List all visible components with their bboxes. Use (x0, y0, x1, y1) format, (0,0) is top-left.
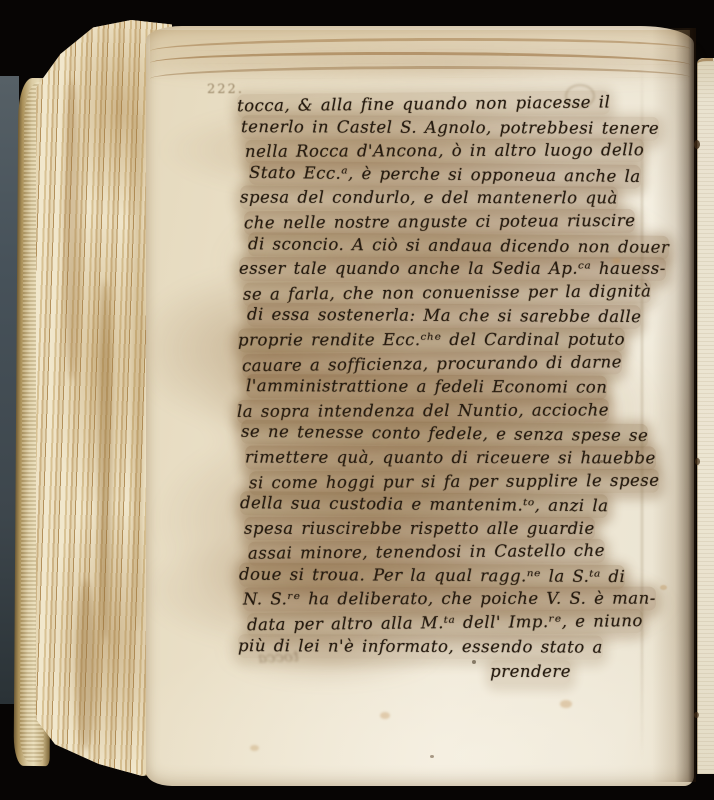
manuscript-line-text: assai minore, tenendosi in Castello che (248, 539, 605, 566)
manuscript-line: tocca, & alla fine quando non piacesse i… (237, 90, 665, 118)
foxing-spot (430, 755, 434, 758)
manuscript-line-text: spesa riuscirebbe rispetto alle guardie (244, 517, 595, 541)
manuscript-photograph: 222. tocca, & alla fine quando non piace… (0, 0, 714, 800)
manuscript-line-text: doue si troua. Per la qual ragg.ⁿᵉ la S.… (239, 563, 625, 589)
catchword-line: prendere (243, 660, 671, 684)
manuscript-line: N. S.ʳᵉ ha deliberato, che poiche V. S. … (243, 587, 671, 611)
foxing-spot (380, 712, 390, 719)
foxing-spot (660, 585, 667, 590)
edge-stain-streak (132, 110, 144, 630)
manuscript-line-text: proprie rendite Ecc.ᶜʰᵉ del Cardinal pot… (238, 328, 625, 352)
manuscript-line-text: rimettere quà, quanto di riceuere si hau… (245, 445, 656, 469)
gutter-dark-spot (695, 458, 700, 465)
foxing-spot (600, 460, 603, 463)
manuscript-line: esser tale quando anche la Sedia Ap.ᶜᵃ h… (239, 257, 667, 281)
manuscript-line: spesa del condurlo, e del mantenerlo quà (240, 186, 668, 210)
manuscript-lines: tocca, & alla fine quando non piacesse i… (243, 92, 671, 658)
manuscript-line: l'amministrattione a fedeli Economi con (246, 374, 674, 399)
manuscript-line: si come hoggi pur si fa per supplire le … (249, 468, 677, 494)
foxing-spot (540, 320, 543, 323)
manuscript-line-text: nella Rocca d'Ancona, ò in altro luogo d… (245, 138, 644, 163)
manuscript-line: se ne tenesse conto fedele, e senza spes… (241, 420, 669, 448)
manuscript-line-text: di sconcio. A ciò si andaua dicendo non … (248, 232, 670, 259)
manuscript-line: se a farla, che non conuenisse per la di… (243, 279, 671, 306)
manuscript-line: più di lei n'è informato, essendo stato … (238, 634, 666, 659)
manuscript-line-text: N. S.ʳᵉ ha deliberato, che poiche V. S. … (243, 587, 656, 611)
gutter-shadow (652, 28, 696, 782)
manuscript-line: assai minore, tenendosi in Castello che (248, 538, 676, 565)
manuscript-line-text: spesa del condurlo, e del mantenerlo quà (240, 186, 618, 210)
manuscript-line: doue si troua. Per la qual ragg.ⁿᵉ la S.… (239, 563, 667, 589)
foxing-spot (250, 745, 259, 751)
edge-stain-streak (64, 80, 80, 380)
manuscript-line-text: esser tale quando anche la Sedia Ap.ᶜᵃ h… (239, 257, 666, 281)
manuscript-line-text: data per altro alla M.ᵗᵃ dell' Imp.ʳᵉ, e… (247, 609, 643, 637)
edge-stain-streak (76, 580, 96, 750)
manuscript-line: spesa riuscirebbe rispetto alle guardie (244, 517, 672, 541)
gutter-dark-spot (694, 140, 700, 149)
manuscript-line: nella Rocca d'Ancona, ò in altro luogo d… (245, 138, 673, 163)
foxing-spot (612, 258, 621, 264)
manuscript-line: proprie rendite Ecc.ᶜʰᵉ del Cardinal pot… (238, 327, 666, 351)
handwritten-text-block: tocca, & alla fine quando non piacesse i… (243, 92, 671, 712)
catchword-text: prendere (490, 660, 571, 684)
foxing-spot (560, 700, 572, 708)
manuscript-line-text: cauare a sofficienza, procurando di darn… (242, 350, 622, 378)
manuscript-line-text: di essa sostenerla: Ma che si sarebbe da… (247, 303, 642, 329)
manuscript-line: tenerlo in Castel S. Agnolo, potrebbesi … (241, 115, 669, 140)
manuscript-line: di sconcio. A ciò si andaua dicendo non … (248, 232, 676, 259)
manuscript-line: rimettere quà, quanto di riceuere si hau… (245, 445, 673, 469)
manuscript-line-text: che nelle nostre anguste ci poteua riusc… (244, 209, 636, 235)
edge-stain-streak (98, 280, 112, 640)
manuscript-line: cauare a sofficienza, procurando di darn… (242, 349, 670, 377)
gutter-dark-spot (694, 712, 699, 718)
manuscript-line: della sua custodia e mantenim.ᵗᵒ, anzi l… (240, 491, 668, 518)
manuscript-line-text: se ne tenesse conto fedele, e senza spes… (241, 420, 649, 448)
manuscript-line: che nelle nostre anguste ci poteua riusc… (244, 209, 672, 235)
foxing-spot (472, 660, 476, 664)
facing-page-sliver (697, 58, 714, 774)
manuscript-line: data per altro alla M.ᵗᵃ dell' Imp.ʳᵉ, e… (247, 609, 675, 637)
manuscript-line-text: tocca, & alla fine quando non piacesse i… (237, 90, 611, 118)
manuscript-line-text: l'amministrattione a fedeli Economi con (246, 374, 607, 399)
manuscript-line-text: tenerlo in Castel S. Agnolo, potrebbesi … (241, 115, 659, 140)
manuscript-line: Stato Ecc.ᵃ, è perche si opponeua anche … (249, 161, 677, 189)
page-crease (641, 60, 643, 760)
manuscript-line: di essa sostenerla: Ma che si sarebbe da… (247, 303, 675, 329)
manuscript-line-text: Stato Ecc.ᵃ, è perche si opponeua anche … (249, 161, 641, 189)
manuscript-line-text: della sua custodia e mantenim.ᵗᵒ, anzi l… (240, 491, 609, 518)
ghost-showthrough-word: tocca (258, 647, 299, 666)
manuscript-line-text: si come hoggi pur si fa per supplire le … (249, 468, 660, 494)
